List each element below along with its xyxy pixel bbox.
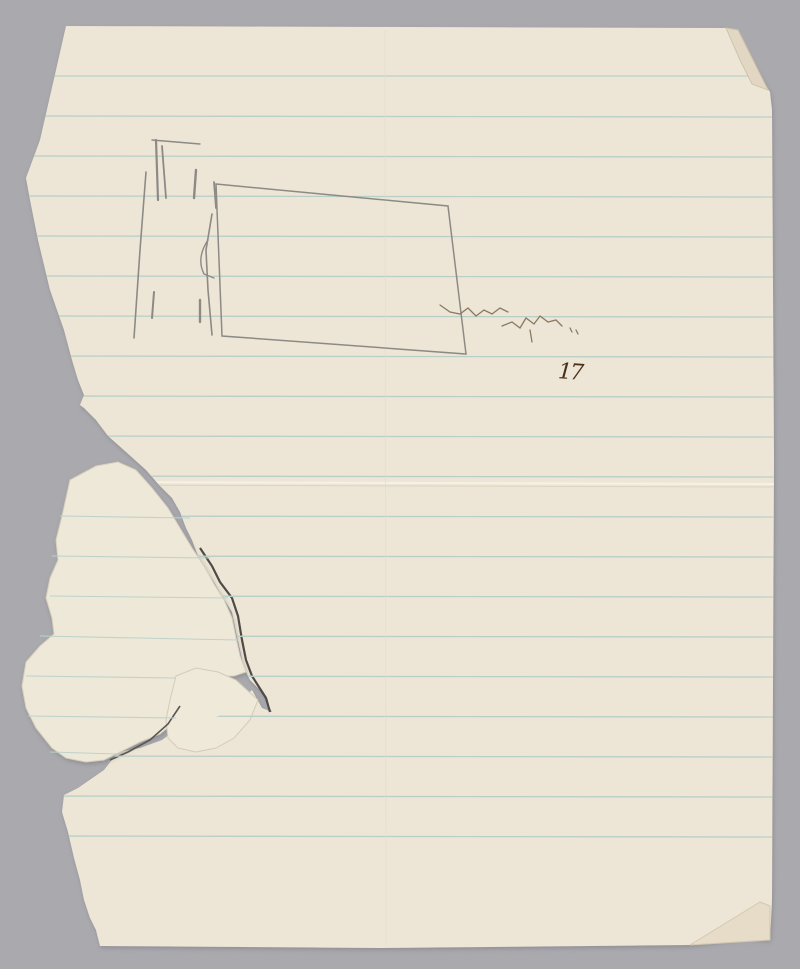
handwritten-note: 17 [557, 359, 583, 386]
document-photo [0, 0, 800, 969]
